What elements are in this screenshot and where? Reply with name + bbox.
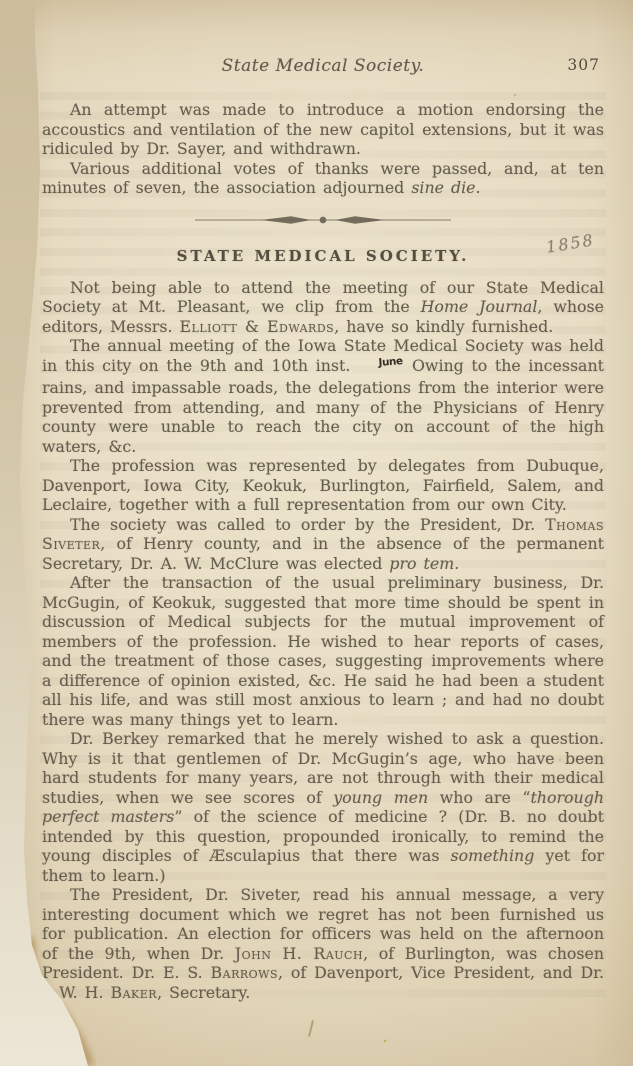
paragraph: The annual meeting of the Iowa State Med… <box>42 336 604 456</box>
divider-ornament-icon <box>193 213 453 227</box>
printed-column: State Medical Society. 307 An attempt wa… <box>42 56 604 1002</box>
article-paragraphs: Not being able to attend the meeting of … <box>42 278 604 1003</box>
paragraph: The profession was represented by delega… <box>42 456 604 515</box>
paragraph: Not being able to attend the meeting of … <box>42 278 604 337</box>
running-header-title: State Medical Society. <box>222 56 425 76</box>
paragraph: An attempt was made to introduce a motio… <box>42 100 604 159</box>
paragraph: Various additional votes of thanks were … <box>42 159 604 198</box>
intro-paragraphs: An attempt was made to introduce a motio… <box>42 100 604 198</box>
paragraph: The President, Dr. Siveter, read his ann… <box>42 885 604 1002</box>
paragraph: Dr. Berkey remarked that he merely wishe… <box>42 729 604 885</box>
stray-pen-mark <box>308 1020 314 1037</box>
running-header: State Medical Society. 307 <box>42 56 604 78</box>
page-number: 307 <box>567 56 600 74</box>
section-heading: STATE MEDICAL SOCIETY. <box>42 247 604 265</box>
scanned-page: State Medical Society. 307 An attempt wa… <box>0 0 633 1066</box>
paragraph: The society was called to order by the P… <box>42 515 604 574</box>
handwritten-month-annotation: June <box>350 352 403 375</box>
section-divider <box>42 212 604 226</box>
paragraph: After the transaction of the usual preli… <box>42 573 604 729</box>
page: State Medical Society. 307 An attempt wa… <box>0 0 633 1066</box>
